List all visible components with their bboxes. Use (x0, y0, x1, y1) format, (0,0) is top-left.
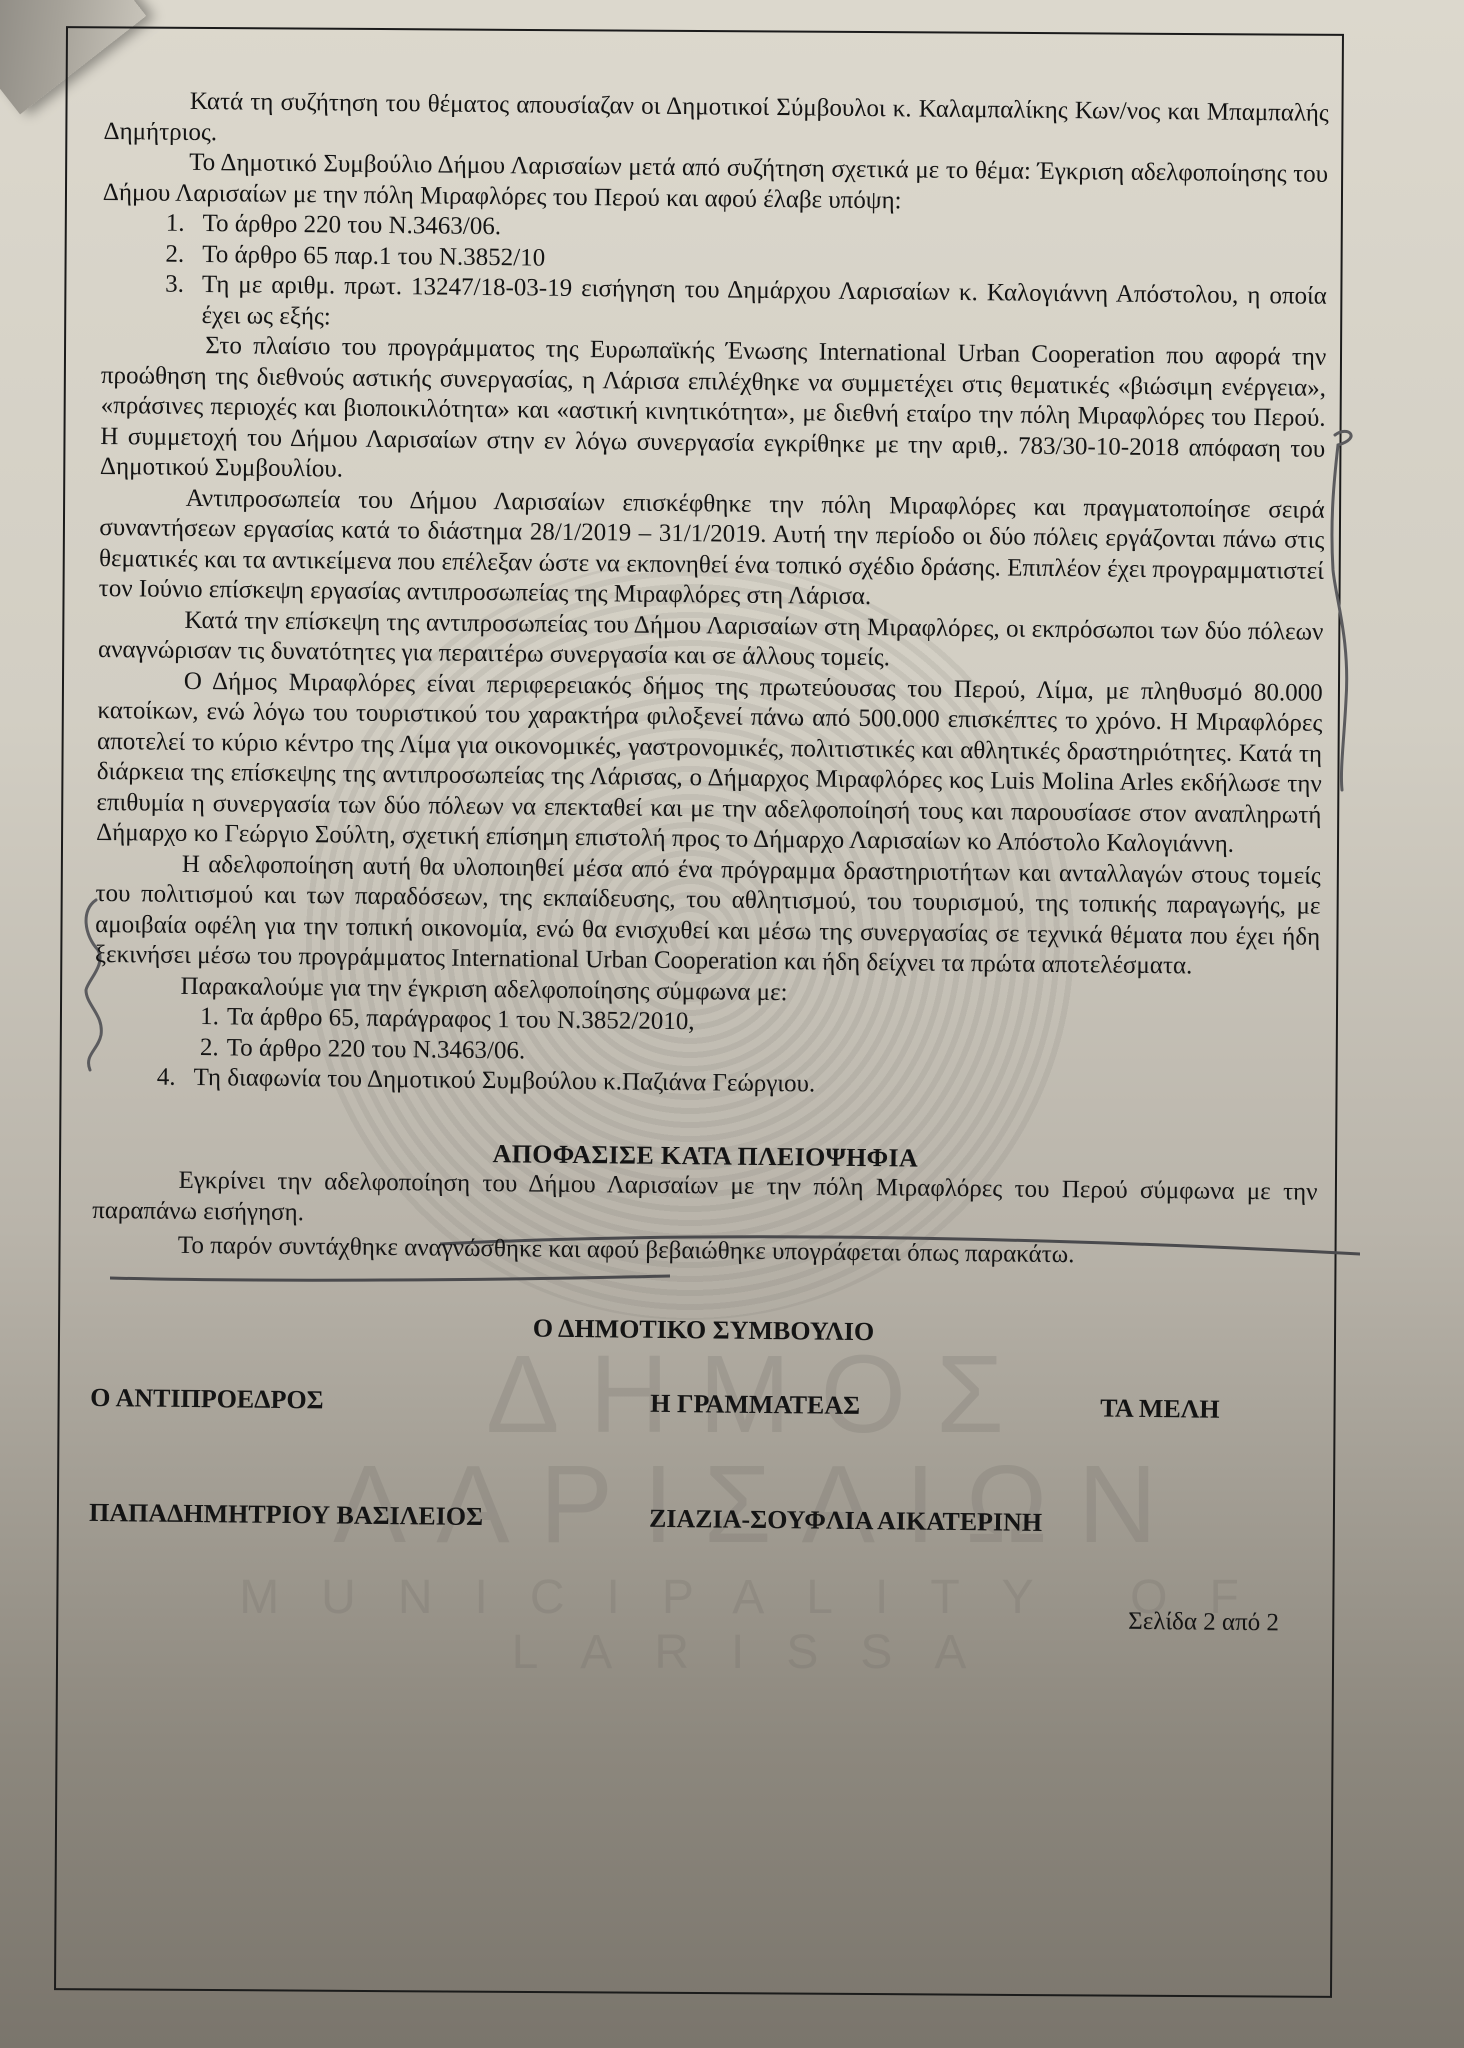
proposal-paragraph-4: Ο Δήμος Μιραφλόρες είναι περιφερειακός δ… (96, 665, 1323, 861)
proposal-paragraph-1: Στο πλαίσιο του προγράμματος της Ευρωπαϊ… (100, 330, 1327, 495)
proposal-paragraph-2: Αντιπροσωπεία του Δήμου Λαρισαίων επισκέ… (99, 482, 1325, 617)
decision-text: Εγκρίνει την αδελφοποίηση του Δήμου Λαρι… (92, 1165, 1318, 1239)
role-vice-president: Ο ΑΝΤΙΠΡΟΕΔΡΟΣ (90, 1383, 650, 1419)
name-secretary: ΖΙΑΖΙΑ-ΣΟΥΦΛΙΑ ΑΙΚΑΤΕΡΙΝΗ (649, 1503, 1042, 1538)
considerations-list: 1.Το άρθρο 220 του Ν.3463/06. 2.Το άρθρο… (101, 208, 1327, 343)
twinning-paragraph: Η αδελφοποίηση αυτή θα υλοποιηθεί μέσα α… (95, 848, 1321, 983)
name-vice-president: ΠΑΠΑΔΗΜΗΤΡΙΟΥ ΒΑΣΙΛΕΙΟΣ (89, 1497, 649, 1533)
signatory-roles: Ο ΑΝΤΙΠΡΟΕΔΡΟΣ Η ΓΡΑΜΜΑΤΕΑΣ ΤΑ ΜΕΛΗ (90, 1383, 1315, 1426)
council-heading: Ο ΔΗΜΟΤΙΚΟ ΣΥΜΒΟΥΛΙΟ (91, 1308, 1316, 1351)
role-members: ΤΑ ΜΕΛΗ (1100, 1394, 1220, 1426)
document-page: Κατά τη συζήτηση του θέματος απουσίαζαν … (88, 86, 1329, 1639)
signatory-names: ΠΑΠΑΔΗΜΗΤΡΙΟΥ ΒΑΣΙΛΕΙΟΣ ΖΙΑΖΙΑ-ΣΟΥΦΛΙΑ Α… (89, 1497, 1314, 1540)
role-secretary: Η ΓΡΑΜΜΑΤΕΑΣ (650, 1389, 1100, 1424)
